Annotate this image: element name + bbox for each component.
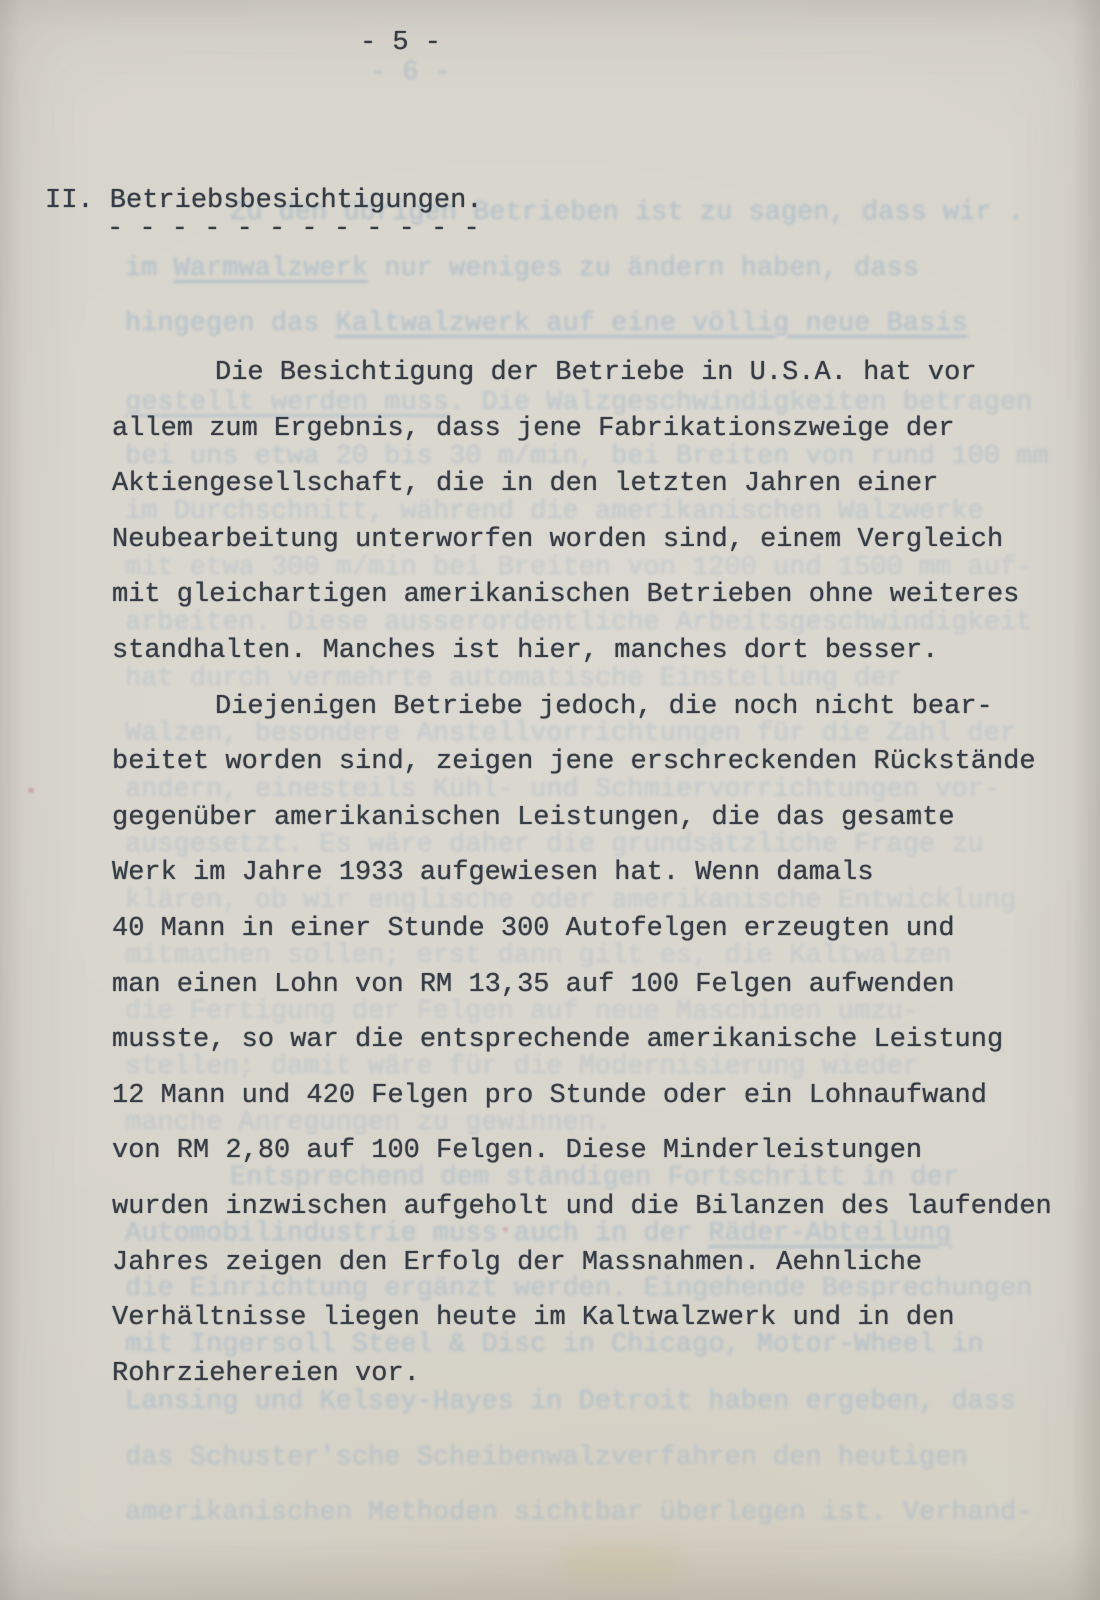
- ghost-line: hingegen das Kaltwalzwerk auf eine völli…: [125, 307, 968, 341]
- text-line: beitet worden sind, zeigen jene erschrec…: [112, 745, 1036, 779]
- text-line: Diejenigen Betriebe jedoch, die noch nic…: [215, 690, 993, 724]
- text-line: Rohrziehereien vor.: [112, 1357, 420, 1391]
- text-line: Die Besichtigung der Betriebe in U.S.A. …: [215, 356, 977, 390]
- ghost-page-number: - 6 -: [370, 56, 451, 90]
- paper-stain: [28, 788, 34, 793]
- text-line: man einen Lohn von RM 13,35 auf 100 Felg…: [112, 968, 955, 1002]
- ghost-line: amerikanischen Methoden sichtbar überleg…: [125, 1496, 1032, 1530]
- ghost-line: im Warmwalzwerk nur weniges zu ändern ha…: [125, 252, 919, 286]
- paper-stain: [560, 1545, 680, 1581]
- text-line: Aktiengesellschaft, die in den letzten J…: [112, 467, 938, 501]
- section-heading-underline: - - - - - - - - - - - -: [107, 212, 480, 246]
- text-line: 12 Mann und 420 Felgen pro Stunde oder e…: [112, 1079, 987, 1113]
- page-number: - 5 -: [360, 26, 441, 60]
- text-line: gegenüber amerikanischen Leistungen, die…: [112, 801, 955, 835]
- text-line: musste, so war die entsprechende amerika…: [112, 1023, 1003, 1057]
- text-line: von RM 2,80 auf 100 Felgen. Diese Minder…: [112, 1134, 922, 1168]
- text-line: 40 Mann in einer Stunde 300 Autofelgen e…: [112, 912, 955, 946]
- text-line: Neubearbeitung unterworfen worden sind, …: [112, 523, 1003, 557]
- ghost-line: das Schuster'sche Scheibenwalzverfahren …: [125, 1441, 968, 1475]
- text-line: mit gleichartigen amerikanischen Betrieb…: [112, 578, 1019, 612]
- text-line: Jahres zeigen den Erfolg der Massnahmen.…: [112, 1246, 922, 1280]
- text-line: Verhältnisse liegen heute im Kaltwalzwer…: [112, 1301, 955, 1335]
- text-line: Werk im Jahre 1933 aufgewiesen hat. Wenn…: [112, 856, 874, 890]
- document-page: Zu den übrigen Betrieben ist zu sagen, d…: [0, 0, 1100, 1600]
- text-line: allem zum Ergebnis, dass jene Fabrikatio…: [112, 412, 955, 446]
- text-line: wurden inzwischen aufgeholt und die Bila…: [112, 1190, 1052, 1224]
- text-line: standhalten. Manches ist hier, manches d…: [112, 634, 938, 668]
